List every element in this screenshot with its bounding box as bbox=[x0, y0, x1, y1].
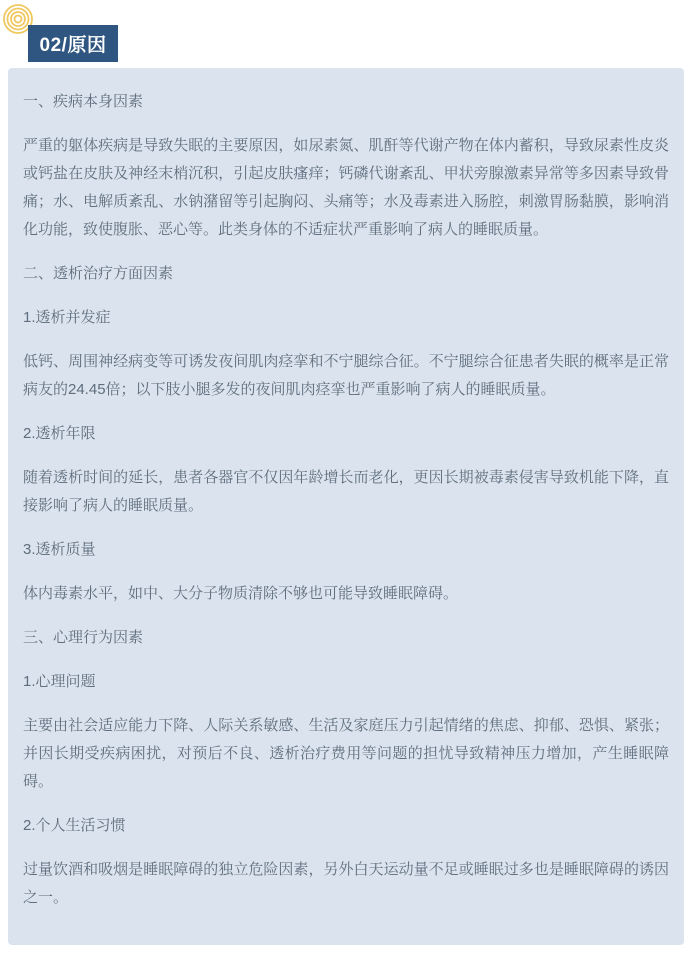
body-paragraph: 低钙、周围神经病变等可诱发夜间肌肉痉挛和不宁腿综合征。不宁腿综合征患者失眠的概率… bbox=[23, 348, 669, 404]
article-content-panel: 一、疾病本身因素严重的躯体疾病是导致失眠的主要原因，如尿素氮、肌酐等代谢产物在体… bbox=[8, 68, 684, 945]
section-heading: 二、透析治疗方面因素 bbox=[23, 260, 669, 288]
sub-heading: 1.心理问题 bbox=[23, 668, 669, 696]
section-badge-label: 02/原因 bbox=[40, 30, 107, 57]
sub-heading: 3.透析质量 bbox=[23, 536, 669, 564]
body-paragraph: 严重的躯体疾病是导致失眠的主要原因，如尿素氮、肌酐等代谢产物在体内蓄积，导致尿素… bbox=[23, 132, 669, 244]
body-paragraph: 体内毒素水平，如中、大分子物质清除不够也可能导致睡眠障碍。 bbox=[23, 580, 669, 608]
sub-heading: 2.个人生活习惯 bbox=[23, 812, 669, 840]
body-paragraph: 过量饮酒和吸烟是睡眠障碍的独立危险因素，另外白天运动量不足或睡眠过多也是睡眠障碍… bbox=[23, 856, 669, 912]
section-heading: 一、疾病本身因素 bbox=[23, 88, 669, 116]
section-badge: 02/原因 bbox=[28, 25, 118, 62]
body-paragraph: 随着透析时间的延长，患者各器官不仅因年龄增长而老化，更因长期被毒素侵害导致机能下… bbox=[23, 464, 669, 520]
body-paragraph: 主要由社会适应能力下降、人际关系敏感、生活及家庭压力引起情绪的焦虑、抑郁、恐惧、… bbox=[23, 712, 669, 796]
sub-heading: 2.透析年限 bbox=[23, 420, 669, 448]
sub-heading: 1.透析并发症 bbox=[23, 304, 669, 332]
section-heading: 三、心理行为因素 bbox=[23, 624, 669, 652]
